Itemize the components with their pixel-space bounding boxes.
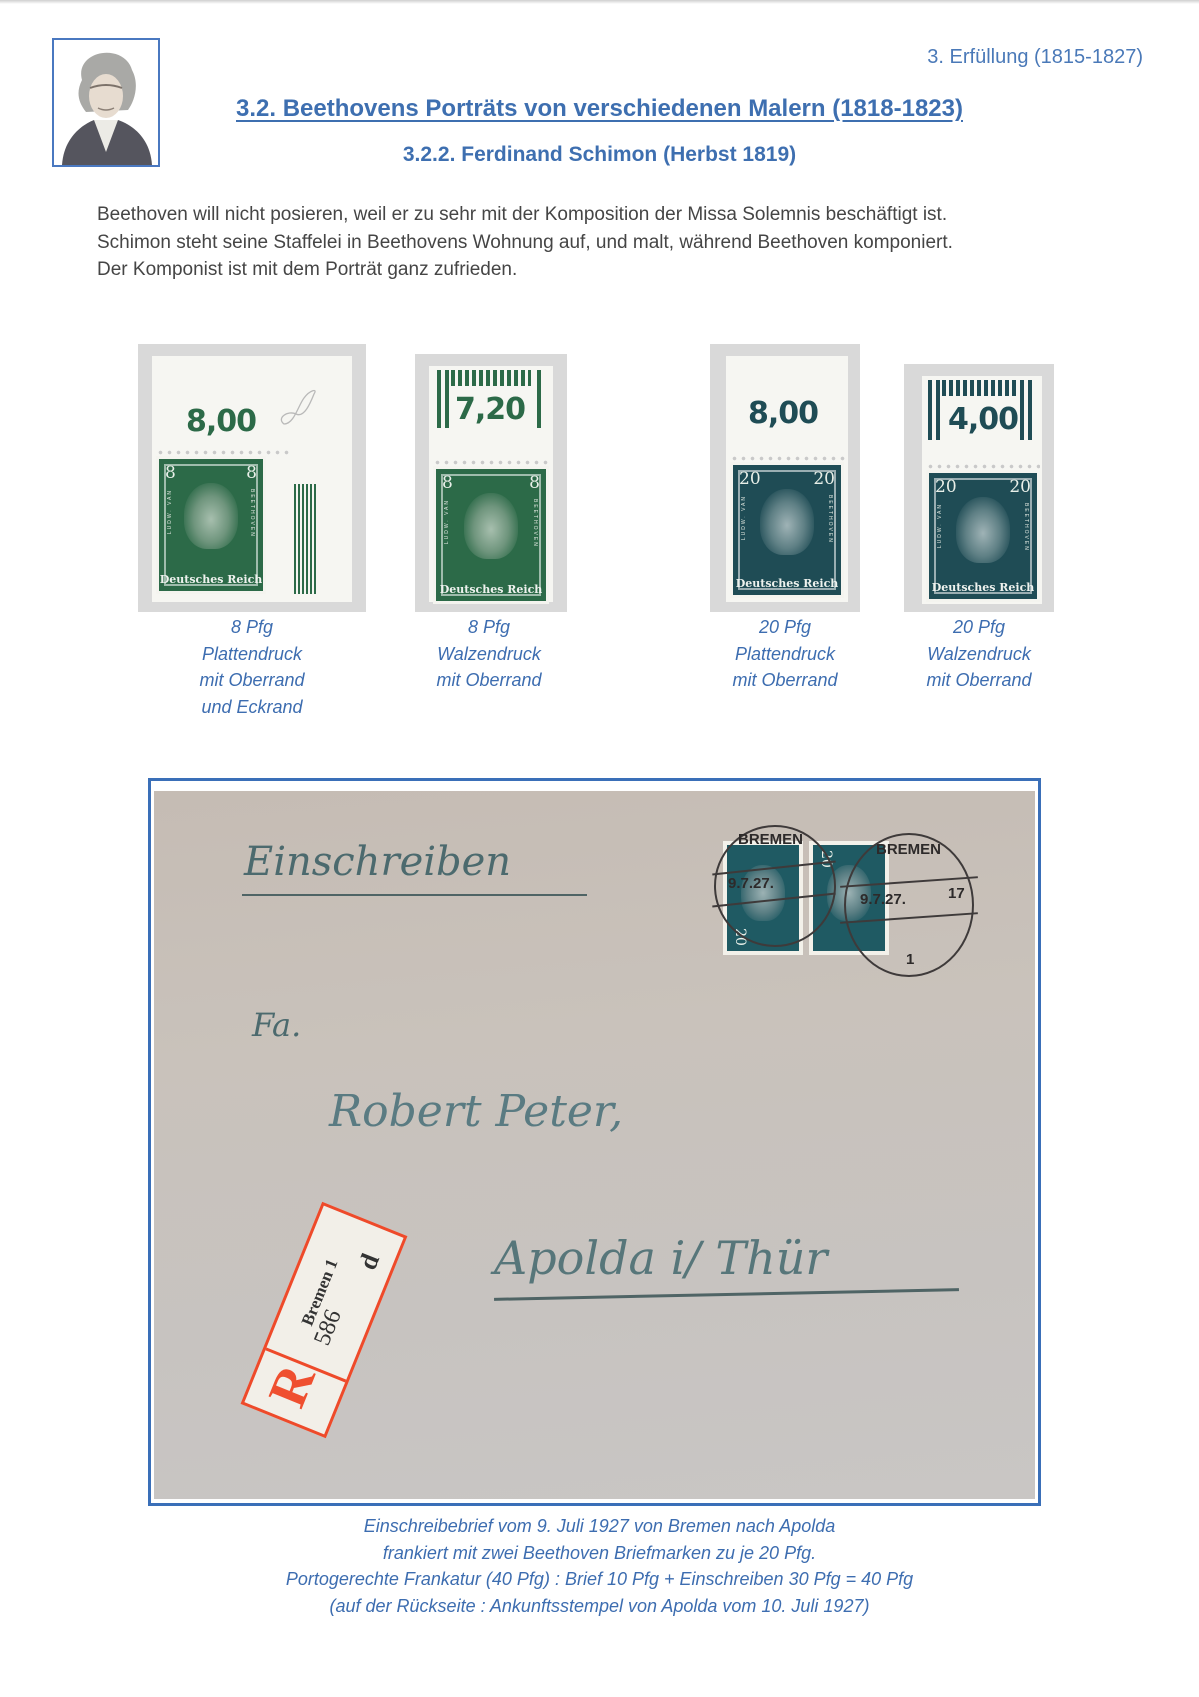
caption-line: Plattendruck [162, 641, 342, 668]
stamp-caption-3: 20 Pfg Plattendruck mit Oberrand [695, 614, 875, 694]
caption-line: 20 Pfg [889, 614, 1069, 641]
caption-line: Portogerechte Frankatur (40 Pfg) : Brief… [0, 1566, 1199, 1593]
stamp-caption-4: 20 Pfg Walzendruck mit Oberrand [889, 614, 1069, 694]
registration-label: Bremen 1 586 d R [241, 1202, 408, 1439]
postmark-bar [712, 893, 836, 908]
section-title-text: 3.2. Beethovens Porträts von verschieden… [236, 95, 963, 122]
stamp-side-text: BEETHOVEN [532, 499, 538, 548]
stamp-denomination: 8 [529, 473, 540, 493]
stamp-side-text: BEETHOVEN [249, 489, 255, 538]
margin-bars [537, 370, 541, 428]
beethoven-portrait-icon [760, 489, 814, 555]
stamp: 8 8 LUDW. VAN BEETHOVEN Deutsches Reich [156, 456, 266, 594]
perforation [926, 464, 1040, 469]
caption-line: Walzendruck [889, 641, 1069, 668]
stamp-side-text: BEETHOVEN [827, 495, 833, 544]
stamp-mount-3: 8,00 20 20 LUDW. VAN BEETHOVEN Deutsches… [710, 344, 860, 612]
stamp-denomination: 20 [739, 469, 761, 489]
stamp-inscription: Deutsches Reich [929, 581, 1037, 594]
stamp-denomination: 8 [246, 463, 257, 483]
registration-suffix: d [353, 1249, 386, 1274]
margin-value: 4,00 [948, 402, 1018, 437]
addressee-prefix: Fa. [252, 1006, 301, 1044]
scan-top-edge [0, 0, 1199, 4]
beethoven-portrait-icon [184, 483, 238, 549]
beethoven-portrait-icon [464, 493, 518, 559]
stamp-inscription: Deutsches Reich [436, 583, 546, 596]
beethoven-portrait-icon [956, 497, 1010, 563]
stamp-side-text: LUDW. VAN [444, 499, 450, 544]
stamp-denomination: 20 [813, 469, 835, 489]
margin-bars-short [942, 380, 1016, 396]
destination: Apolda i/ Thür [494, 1231, 827, 1285]
caption-line: mit Oberrand [399, 667, 579, 694]
intro-line: Beethoven will nicht posieren, weil er z… [97, 201, 1137, 229]
postmark-city: BREMEN [738, 831, 803, 848]
chapter-label: 3. Erfüllung (1815-1827) [927, 46, 1143, 69]
stamp-mount-4: 4,00 20 20 LUDW. VAN BEETHOVEN Deutsches… [904, 364, 1054, 612]
caption-line: Walzendruck [399, 641, 579, 668]
postmark-time: 17 [948, 885, 965, 902]
postmark-date: 9.7.27. [728, 875, 774, 892]
stamp-denomination: 8 [442, 473, 453, 493]
stamp: 8 8 LUDW. VAN BEETHOVEN Deutsches Reich [433, 466, 549, 604]
margin-value: 8,00 [748, 396, 818, 431]
handwriting-einschreiben: Einschreiben [244, 839, 511, 885]
stamp-side-text: LUDW. VAN [741, 495, 747, 540]
margin-bars [928, 380, 940, 440]
postmark-office: 1 [906, 951, 914, 968]
subsection-title: 3.2.2. Ferdinand Schimon (Herbst 1819) [0, 143, 1199, 167]
caption-line: 8 Pfg [162, 614, 342, 641]
perforation [433, 460, 549, 465]
intro-line: Der Komponist ist mit dem Porträt ganz z… [97, 256, 1137, 284]
registration-letter: R [256, 1356, 328, 1415]
caption-line: Plattendruck [695, 641, 875, 668]
margin-value: 7,20 [455, 392, 525, 427]
stamp: 20 20 LUDW. VAN BEETHOVEN Deutsches Reic… [926, 470, 1040, 602]
postmark-1: BREMEN 9.7.27. [714, 825, 836, 947]
addressee-name: Robert Peter, [329, 1086, 623, 1137]
stamp-side-text: LUDW. VAN [167, 489, 173, 534]
stamp-mount-2: 7,20 8 8 LUDW. VAN BEETHOVEN Deutsches R… [415, 354, 567, 612]
intro-line: Schimon steht seine Staffelei in Beethov… [97, 229, 1137, 257]
stamp-caption-1: 8 Pfg Plattendruck mit Oberrand und Eckr… [162, 614, 342, 720]
postmark-bar [712, 861, 836, 876]
postmark-bar [840, 912, 978, 924]
stamp-inscription: Deutsches Reich [159, 573, 263, 586]
perforation [156, 450, 291, 455]
underline [242, 894, 587, 896]
registered-envelope: Einschreiben Fa. Robert Peter, Apolda i/… [154, 791, 1035, 1499]
postmark-2: BREMEN 9.7.27. 17 1 [844, 833, 974, 977]
postmark-date: 9.7.27. [860, 891, 906, 908]
caption-line: frankiert mit zwei Beethoven Briefmarken… [0, 1540, 1199, 1567]
underline [494, 1288, 959, 1301]
caption-line: 8 Pfg [399, 614, 579, 641]
caption-line: 20 Pfg [695, 614, 875, 641]
intro-paragraph: Beethoven will nicht posieren, weil er z… [97, 201, 1137, 284]
stamp: 20 20 LUDW. VAN BEETHOVEN Deutsches Reic… [730, 462, 844, 598]
stamp-side-text: LUDW. VAN [937, 503, 943, 548]
stamp-mount-1: 8,00 8 8 LUDW. VAN BEETHOVEN Deutsches R… [138, 344, 366, 612]
caption-line: (auf der Rückseite : Ankunftsstempel von… [0, 1593, 1199, 1620]
registration-r-box: R [244, 1347, 346, 1434]
stamp-side-text: BEETHOVEN [1023, 503, 1029, 552]
envelope-caption: Einschreibebrief vom 9. Juli 1927 von Br… [0, 1513, 1199, 1619]
perforation [730, 456, 846, 461]
pencil-mark-icon [274, 384, 324, 434]
corner-margin-bars [294, 484, 316, 594]
caption-line: mit Oberrand [695, 667, 875, 694]
stamp-denomination: 20 [1009, 477, 1031, 497]
caption-line: und Eckrand [162, 694, 342, 721]
stamp-inscription: Deutsches Reich [733, 577, 841, 590]
margin-value: 8,00 [186, 404, 256, 439]
section-title: 3.2. Beethovens Porträts von verschieden… [0, 95, 1199, 123]
caption-line: Einschreibebrief vom 9. Juli 1927 von Br… [0, 1513, 1199, 1540]
margin-bars-short [451, 370, 531, 386]
stamp-denomination: 20 [935, 477, 957, 497]
caption-line: mit Oberrand [162, 667, 342, 694]
margin-bars [1020, 380, 1032, 440]
stamp-denomination: 8 [165, 463, 176, 483]
envelope-frame: Einschreiben Fa. Robert Peter, Apolda i/… [148, 778, 1041, 1506]
margin-bars [437, 370, 449, 428]
caption-line: mit Oberrand [889, 667, 1069, 694]
stamp-caption-2: 8 Pfg Walzendruck mit Oberrand [399, 614, 579, 694]
postmark-city: BREMEN [876, 841, 941, 858]
